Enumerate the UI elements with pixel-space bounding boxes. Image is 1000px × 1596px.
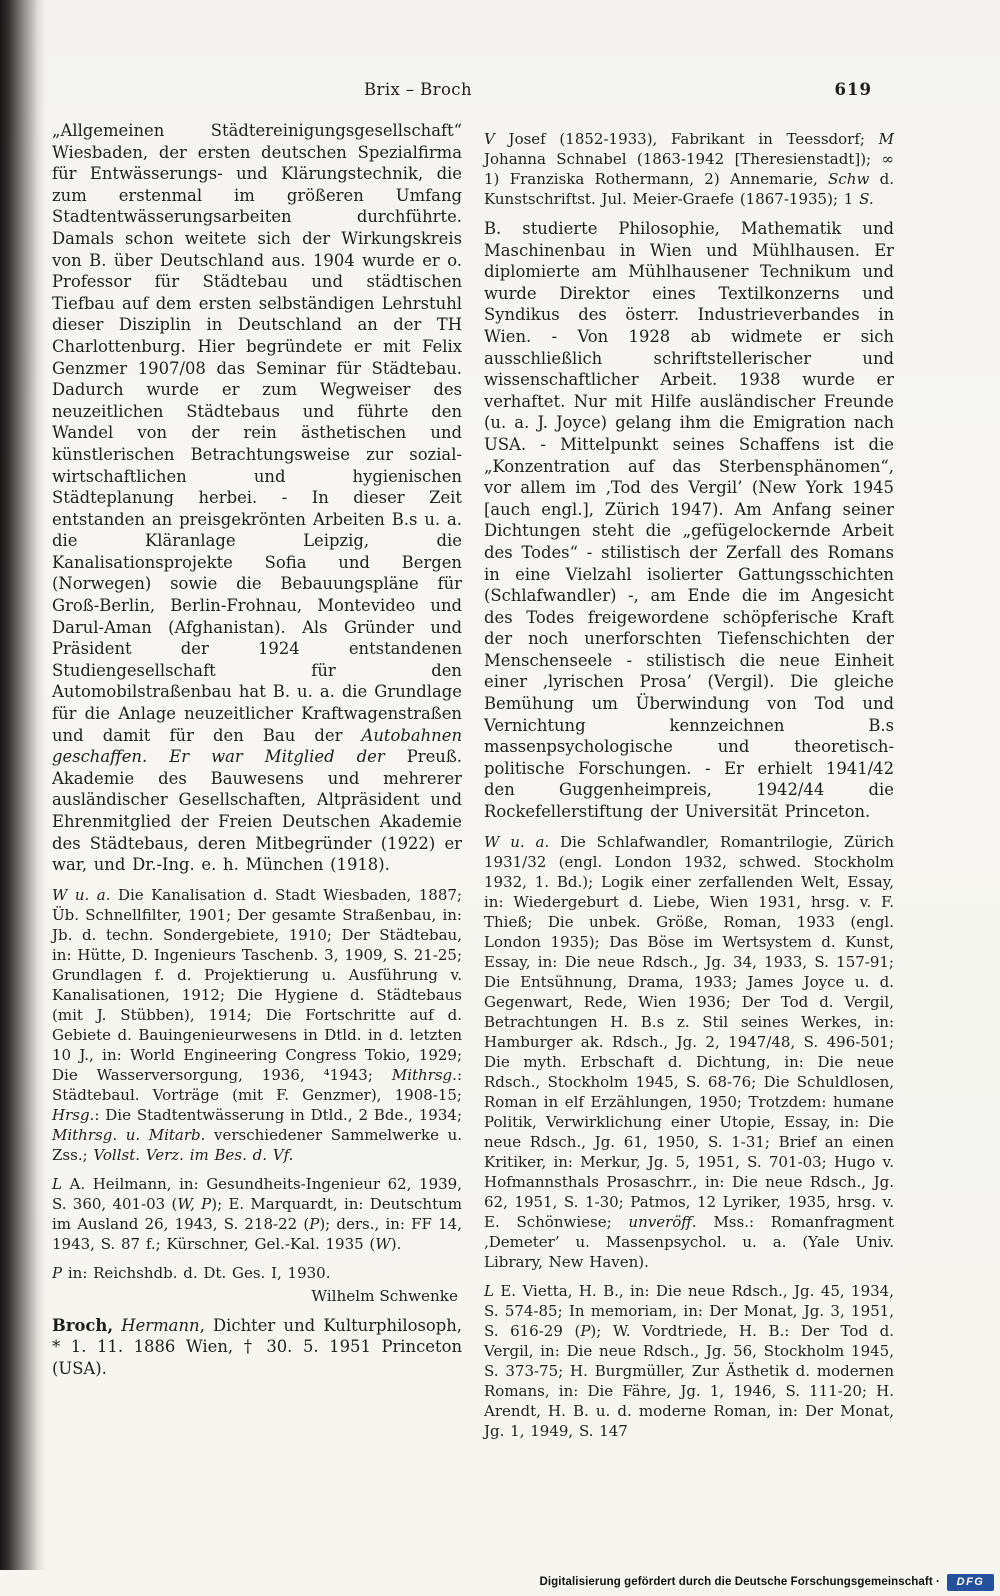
text-segment: W u. a.	[52, 886, 111, 904]
text-segment: unveröff.	[628, 1213, 696, 1231]
text-segment: P	[580, 1322, 590, 1340]
portrait-section: P in: Reichshdb. d. Dt. Ges. I, 1930.	[52, 1263, 462, 1283]
text-segment: L	[52, 1175, 62, 1193]
article-broch-body: B. studierte Philosophie, Mathematik und…	[484, 218, 894, 823]
running-head: Brix – Broch 619	[52, 80, 895, 104]
text-segment: S.	[859, 190, 874, 208]
text-segment: Josef (1852-1933), Fabrikant in Teessdor…	[495, 130, 879, 148]
text-segment: „Allgemeinen Städtereinigungsgesellschaf…	[52, 121, 462, 745]
text-segment: Wilhelm Schwenke	[311, 1287, 458, 1305]
text-segment: B. studierte Philosophie, Mathematik und…	[484, 219, 894, 821]
dfg-logo: DFG	[947, 1574, 994, 1591]
text-segment: W u. a.	[484, 833, 549, 851]
scan-gutter-shadow	[0, 0, 46, 1570]
entry-broch-heading: Broch, Hermann, Dichter und Kulturphilos…	[52, 1315, 462, 1380]
text-block: „Allgemeinen Städtereinigungsgesellschaf…	[52, 120, 895, 1441]
digitization-credit: Digitalisierung gefördert durch die Deut…	[539, 1576, 940, 1588]
text-segment: L	[484, 1282, 494, 1300]
text-segment: W, P	[177, 1195, 211, 1213]
literature-section: L E. Vietta, H. B., in: Die neue Rdsch.,…	[484, 1281, 894, 1441]
literature-section: L A. Heilmann, in: Gesundheits-Ingenieur…	[52, 1174, 462, 1254]
author-signature: Wilhelm Schwenke	[52, 1286, 462, 1306]
text-segment: Hrsg.	[52, 1106, 94, 1124]
text-segment: ).	[391, 1235, 402, 1253]
text-segment: Broch,	[52, 1316, 113, 1335]
text-segment: Schw	[828, 170, 869, 188]
genealogy-section: V Josef (1852-1933), Fabrikant in Teessd…	[484, 129, 894, 209]
scanned-dictionary-page: Brix – Broch 619 „Allgemeinen Städterein…	[0, 0, 1000, 1596]
text-segment: V	[484, 130, 495, 148]
running-head-title: Brix – Broch	[364, 80, 472, 99]
works-section: W u. a. Die Kanalisation d. Stadt Wiesba…	[52, 885, 462, 1165]
text-segment: Preuß. Akademie des Bauwesens und mehrer…	[52, 747, 462, 874]
text-segment: P	[309, 1215, 319, 1233]
left-column: „Allgemeinen Städtereinigungsgesellschaf…	[52, 120, 462, 1441]
text-segment: Mithrsg.	[392, 1066, 457, 1084]
text-segment: Hermann	[121, 1316, 199, 1335]
text-segment: Mithrsg. u. Mitarb.	[52, 1126, 205, 1144]
article-brix-continuation: „Allgemeinen Städtereinigungsgesellschaf…	[52, 120, 462, 876]
digitization-footer: Digitalisierung gefördert durch die Deut…	[539, 1572, 994, 1592]
text-segment: Die Kanalisation d. Stadt Wiesbaden, 188…	[52, 886, 462, 1084]
right-column: V Josef (1852-1933), Fabrikant in Teessd…	[484, 120, 894, 1441]
text-segment: W	[375, 1235, 390, 1253]
text-segment: M	[879, 130, 894, 148]
text-segment: : Die Stadtentwässerung in Dtld., 2 Bde.…	[94, 1106, 462, 1124]
page-number: 619	[792, 80, 872, 99]
text-segment: Die Schlafwandler, Romantrilogie, Zürich…	[484, 833, 894, 1231]
text-segment: in: Reichshdb. d. Dt. Ges. I, 1930.	[62, 1264, 330, 1282]
text-segment: Vollst. Verz. im Bes. d. Vf.	[93, 1146, 293, 1164]
works-section: W u. a. Die Schlafwandler, Romantrilogie…	[484, 832, 894, 1272]
text-segment: P	[52, 1264, 62, 1282]
